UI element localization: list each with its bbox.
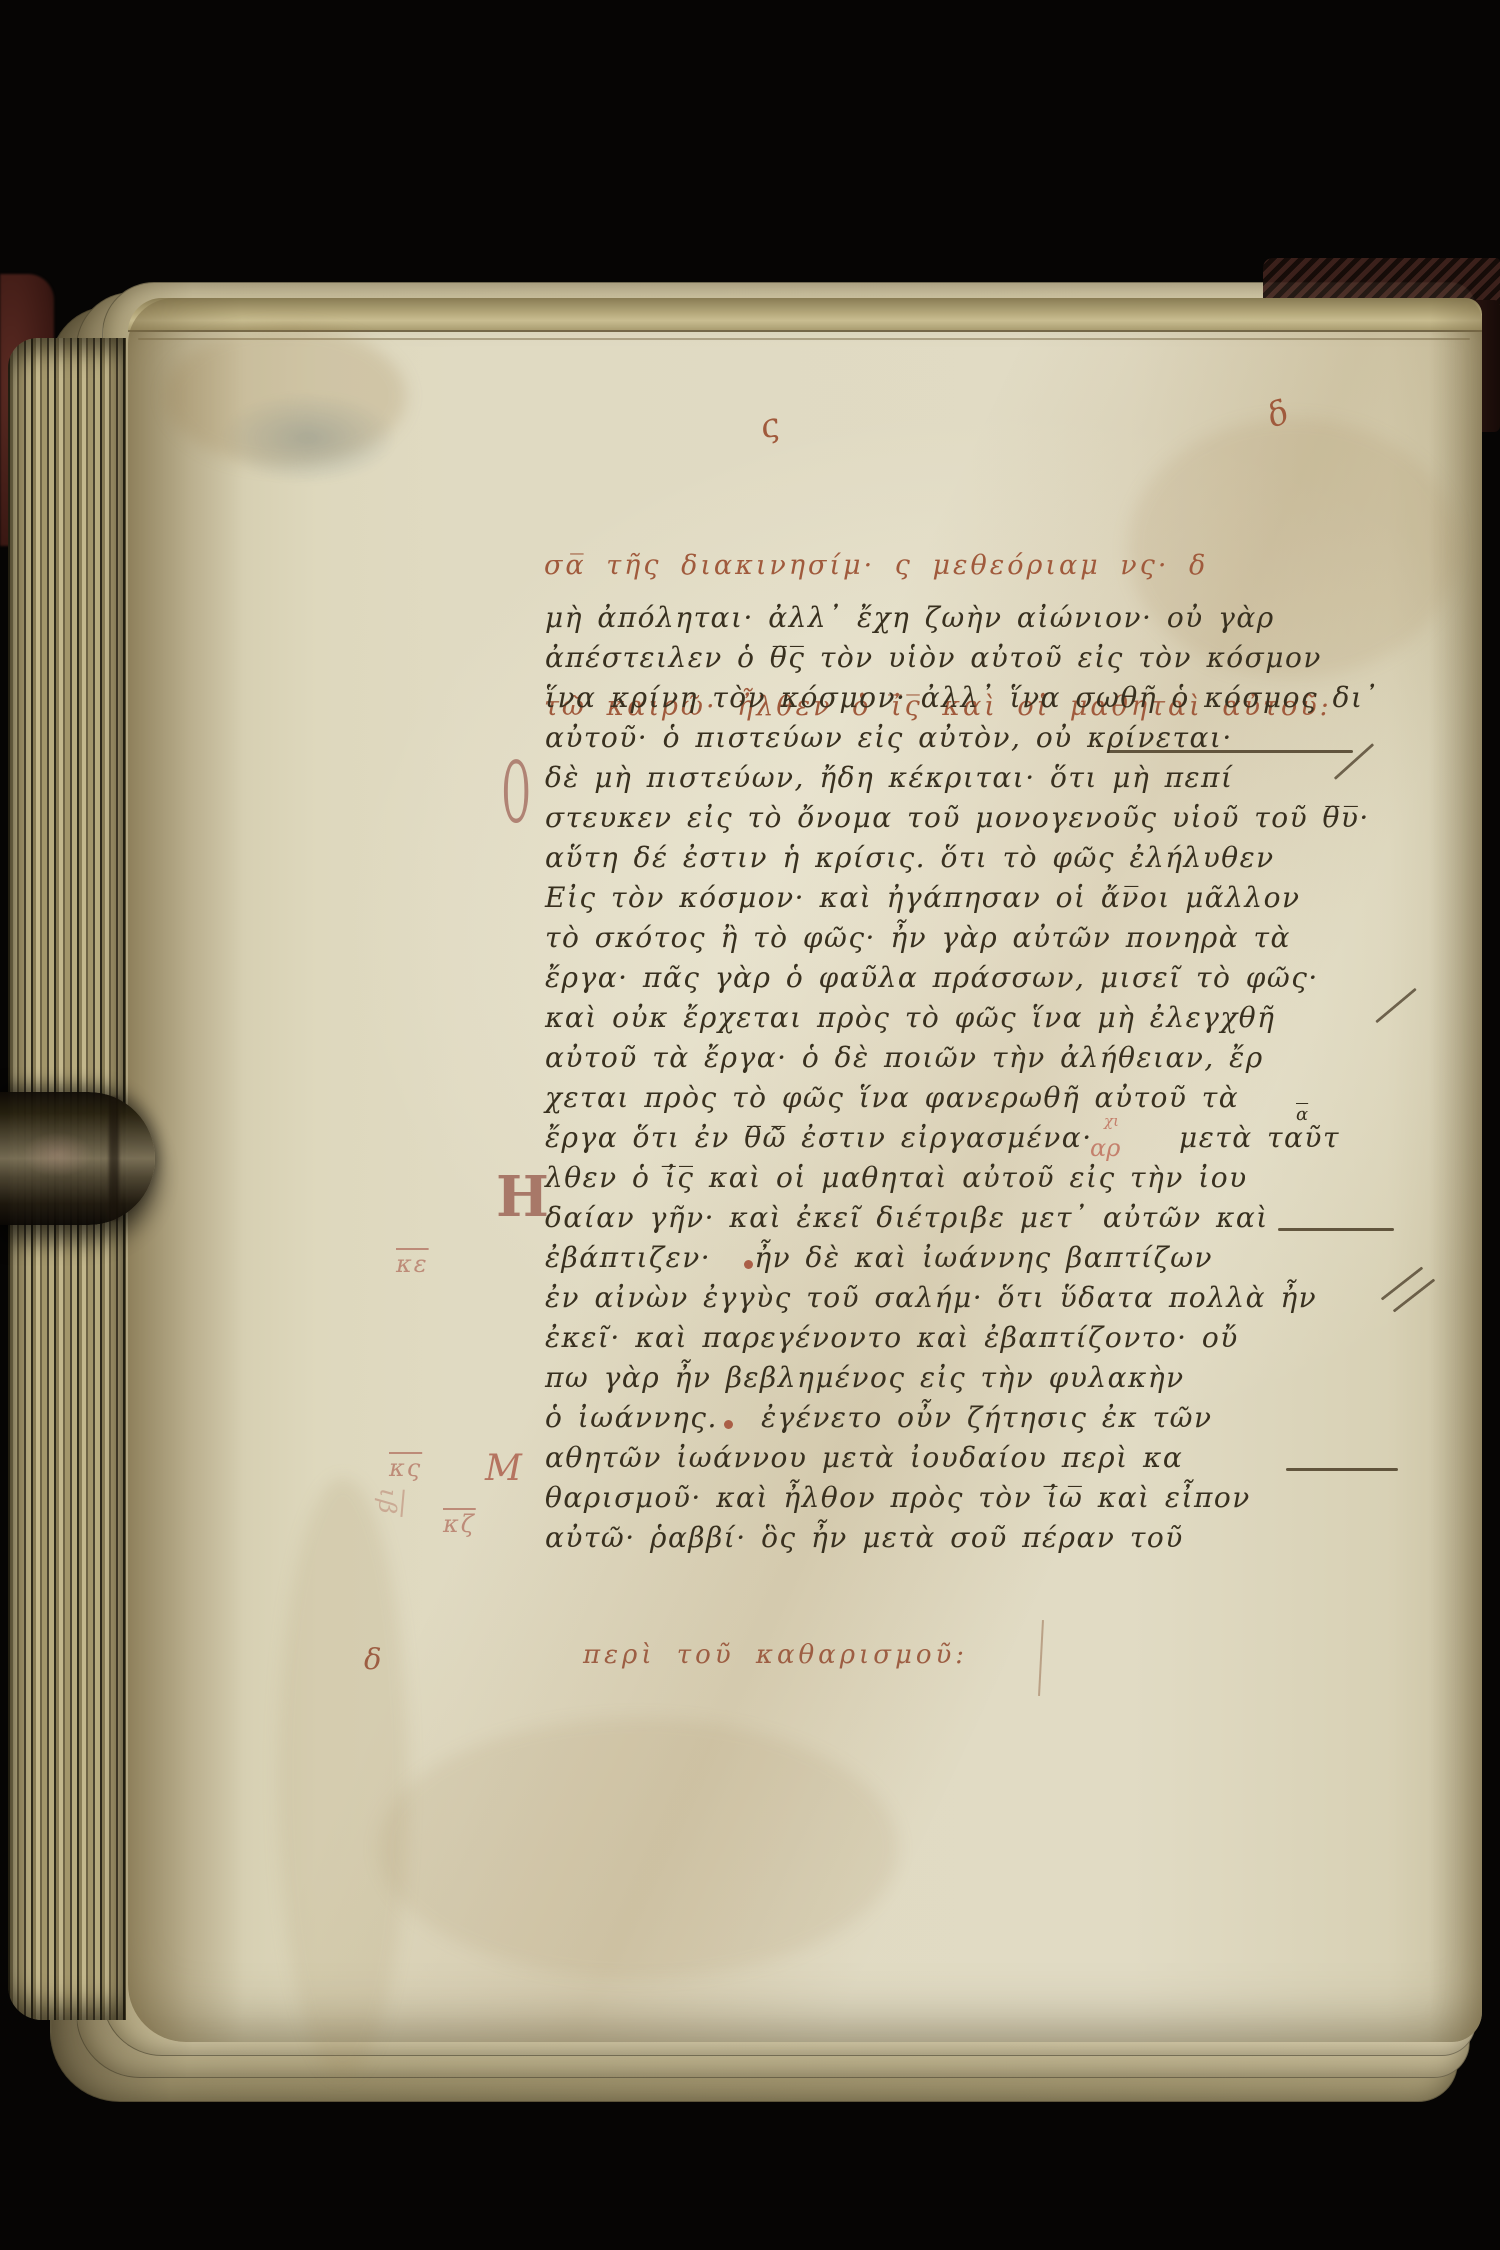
text-line: στευκεν εἰς τὸ ὄνομα τοῦ μονογενοῦς υἱοῦ… <box>545 798 1379 838</box>
arche-mark: αρ <box>1090 1134 1120 1162</box>
text-line: ἵνα κρίνη τὸν κόσμον· ἀλλ᾽ ἵνα σωθῆ ὁ κό… <box>545 678 1379 718</box>
tonal-stain-top-left <box>166 326 406 466</box>
text-line: αθητῶν ἰωάννου μετὰ ἰουδαίου περὶ κα <box>545 1438 1379 1478</box>
pen-slash-2 <box>1375 988 1417 1024</box>
line-filler-1 <box>1108 750 1353 753</box>
red-dot-2 <box>724 1420 733 1429</box>
parchment-page: σα̅ τῆς διακινησίμ· ς μεθεόριαμ νς· δ τῶ… <box>128 298 1482 2042</box>
text-line: τὸ σκότος ἢ τὸ φῶς· ἦν γὰρ αὐτῶν πονηρὰ … <box>545 918 1379 958</box>
text-line: δὲ μὴ πιστεύων, ἤδη κέκριται· ὅτι μὴ πεπ… <box>545 758 1379 798</box>
text-line: αὐτῶ· ῥαββί· ὃς ἦν μετὰ σοῦ πέραν τοῦ <box>545 1518 1379 1558</box>
initial-mu: Μ <box>485 1448 522 1489</box>
line-filler-3 <box>1286 1468 1398 1471</box>
text-line: θαρισμοῦ· καὶ ἦλθον πρὸς τὸν ἰ̅ω̅ καὶ εἶ… <box>545 1478 1379 1518</box>
text-line: Εἰς τὸν κόσμον· καὶ ἠγάπησαν οἱ ἄν̅οι μᾶ… <box>545 878 1379 918</box>
ammonian-number-26: κς <box>389 1454 422 1482</box>
line-filler-2 <box>1278 1228 1394 1231</box>
text-line: μὴ ἀπόληται· ἀλλ᾽ ἔχη ζωὴν αἰώνιον· οὐ γ… <box>545 598 1379 638</box>
text-line: ἐβάπτιζεν· ἦν δὲ καὶ ἰωάννης βαπτίζων <box>545 1238 1379 1278</box>
text-line: ἐν αἰνὼν ἐγγὺς τοῦ σαλήμ· ὅτι ὕδατα πολλ… <box>545 1278 1379 1318</box>
ammonian-number-25: κε <box>396 1250 429 1278</box>
rubric-flourish-1: ς <box>756 404 783 446</box>
pen-slash-3 <box>1381 1266 1424 1300</box>
text-line: δαίαν γῆν· καὶ ἐκεῖ διέτριβε μετ᾽ αὐτῶν … <box>545 1198 1379 1238</box>
gospel-text-block: μὴ ἀπόληται· ἀλλ᾽ ἔχη ζωὴν αἰώνιον· οὐ γ… <box>545 598 1379 1558</box>
text-line: ἀπέστειλεν ὁ θ̅ς̅ τὸν υἱὸν αὐτοῦ εἰς τὸν… <box>545 638 1379 678</box>
text-line: λθεν ὁ ἰ̅ς̅ καὶ οἱ μαθηταὶ αὐτοῦ εἰς τὴν… <box>545 1158 1379 1198</box>
text-line: ἔργα ὅτι ἐν θ̅ῶ̅ ἐστιν εἰργασμένα· μετὰ … <box>545 1118 1379 1158</box>
page-holder-clamp <box>0 1092 155 1225</box>
rubric-line-1: σα̅ τῆς διακινησίμ· ς μεθεόριαμ νς· δ <box>544 542 1332 589</box>
kephalaion-number: δ <box>364 1642 381 1676</box>
text-line: καὶ οὐκ ἔρχεται πρὸς τὸ φῶς ἵνα μὴ ἐλεγχ… <box>545 998 1379 1038</box>
kephalaion-title: περὶ τοῦ καθαρισμοῦ: <box>583 1640 968 1670</box>
text-line: χεται πρὸς τὸ φῶς ἵνα φανερωθῆ αὐτοῦ τὰ <box>545 1078 1379 1118</box>
page-top-edge <box>128 298 1482 332</box>
footer-tail-flourish <box>1038 1620 1044 1696</box>
superscript-alpha: α <box>1296 1104 1308 1125</box>
canon-number: ιβ <box>373 1487 403 1517</box>
text-line: ἐκεῖ· καὶ παρεγένοντο καὶ ἐβαπτίζοντο· ο… <box>545 1318 1379 1358</box>
initial-omicron: Ο <box>502 744 530 842</box>
text-line: αὐτοῦ τὰ ἔργα· ὁ δὲ ποιῶν τὴν ἀλήθειαν, … <box>545 1038 1379 1078</box>
chi-mark: χι <box>1104 1112 1119 1130</box>
red-dot-1 <box>744 1260 753 1269</box>
text-line: ὁ ἰωάννης. ἐγένετο οὖν ζήτησις ἐκ τῶν <box>545 1398 1379 1438</box>
tonal-stain-bottom <box>378 1718 898 1978</box>
photograph-stage: σα̅ τῆς διακινησίμ· ς μεθεόριαμ νς· δ τῶ… <box>0 0 1500 2250</box>
tonal-stain-left <box>278 1478 408 2078</box>
text-line: ἔργα· πᾶς γὰρ ὁ φαῦλα πράσσων, μισεῖ τὸ … <box>545 958 1379 998</box>
ammonian-number-27: κζ <box>443 1510 476 1538</box>
initial-eta: Η <box>496 1164 549 1230</box>
text-line: αὕτη δέ ἐστιν ἡ κρίσις. ὅτι τὸ φῶς ἐλήλυ… <box>545 838 1379 878</box>
text-line: πω γὰρ ἦν βεβλημένος εἰς τὴν φυλακὴν <box>545 1358 1379 1398</box>
